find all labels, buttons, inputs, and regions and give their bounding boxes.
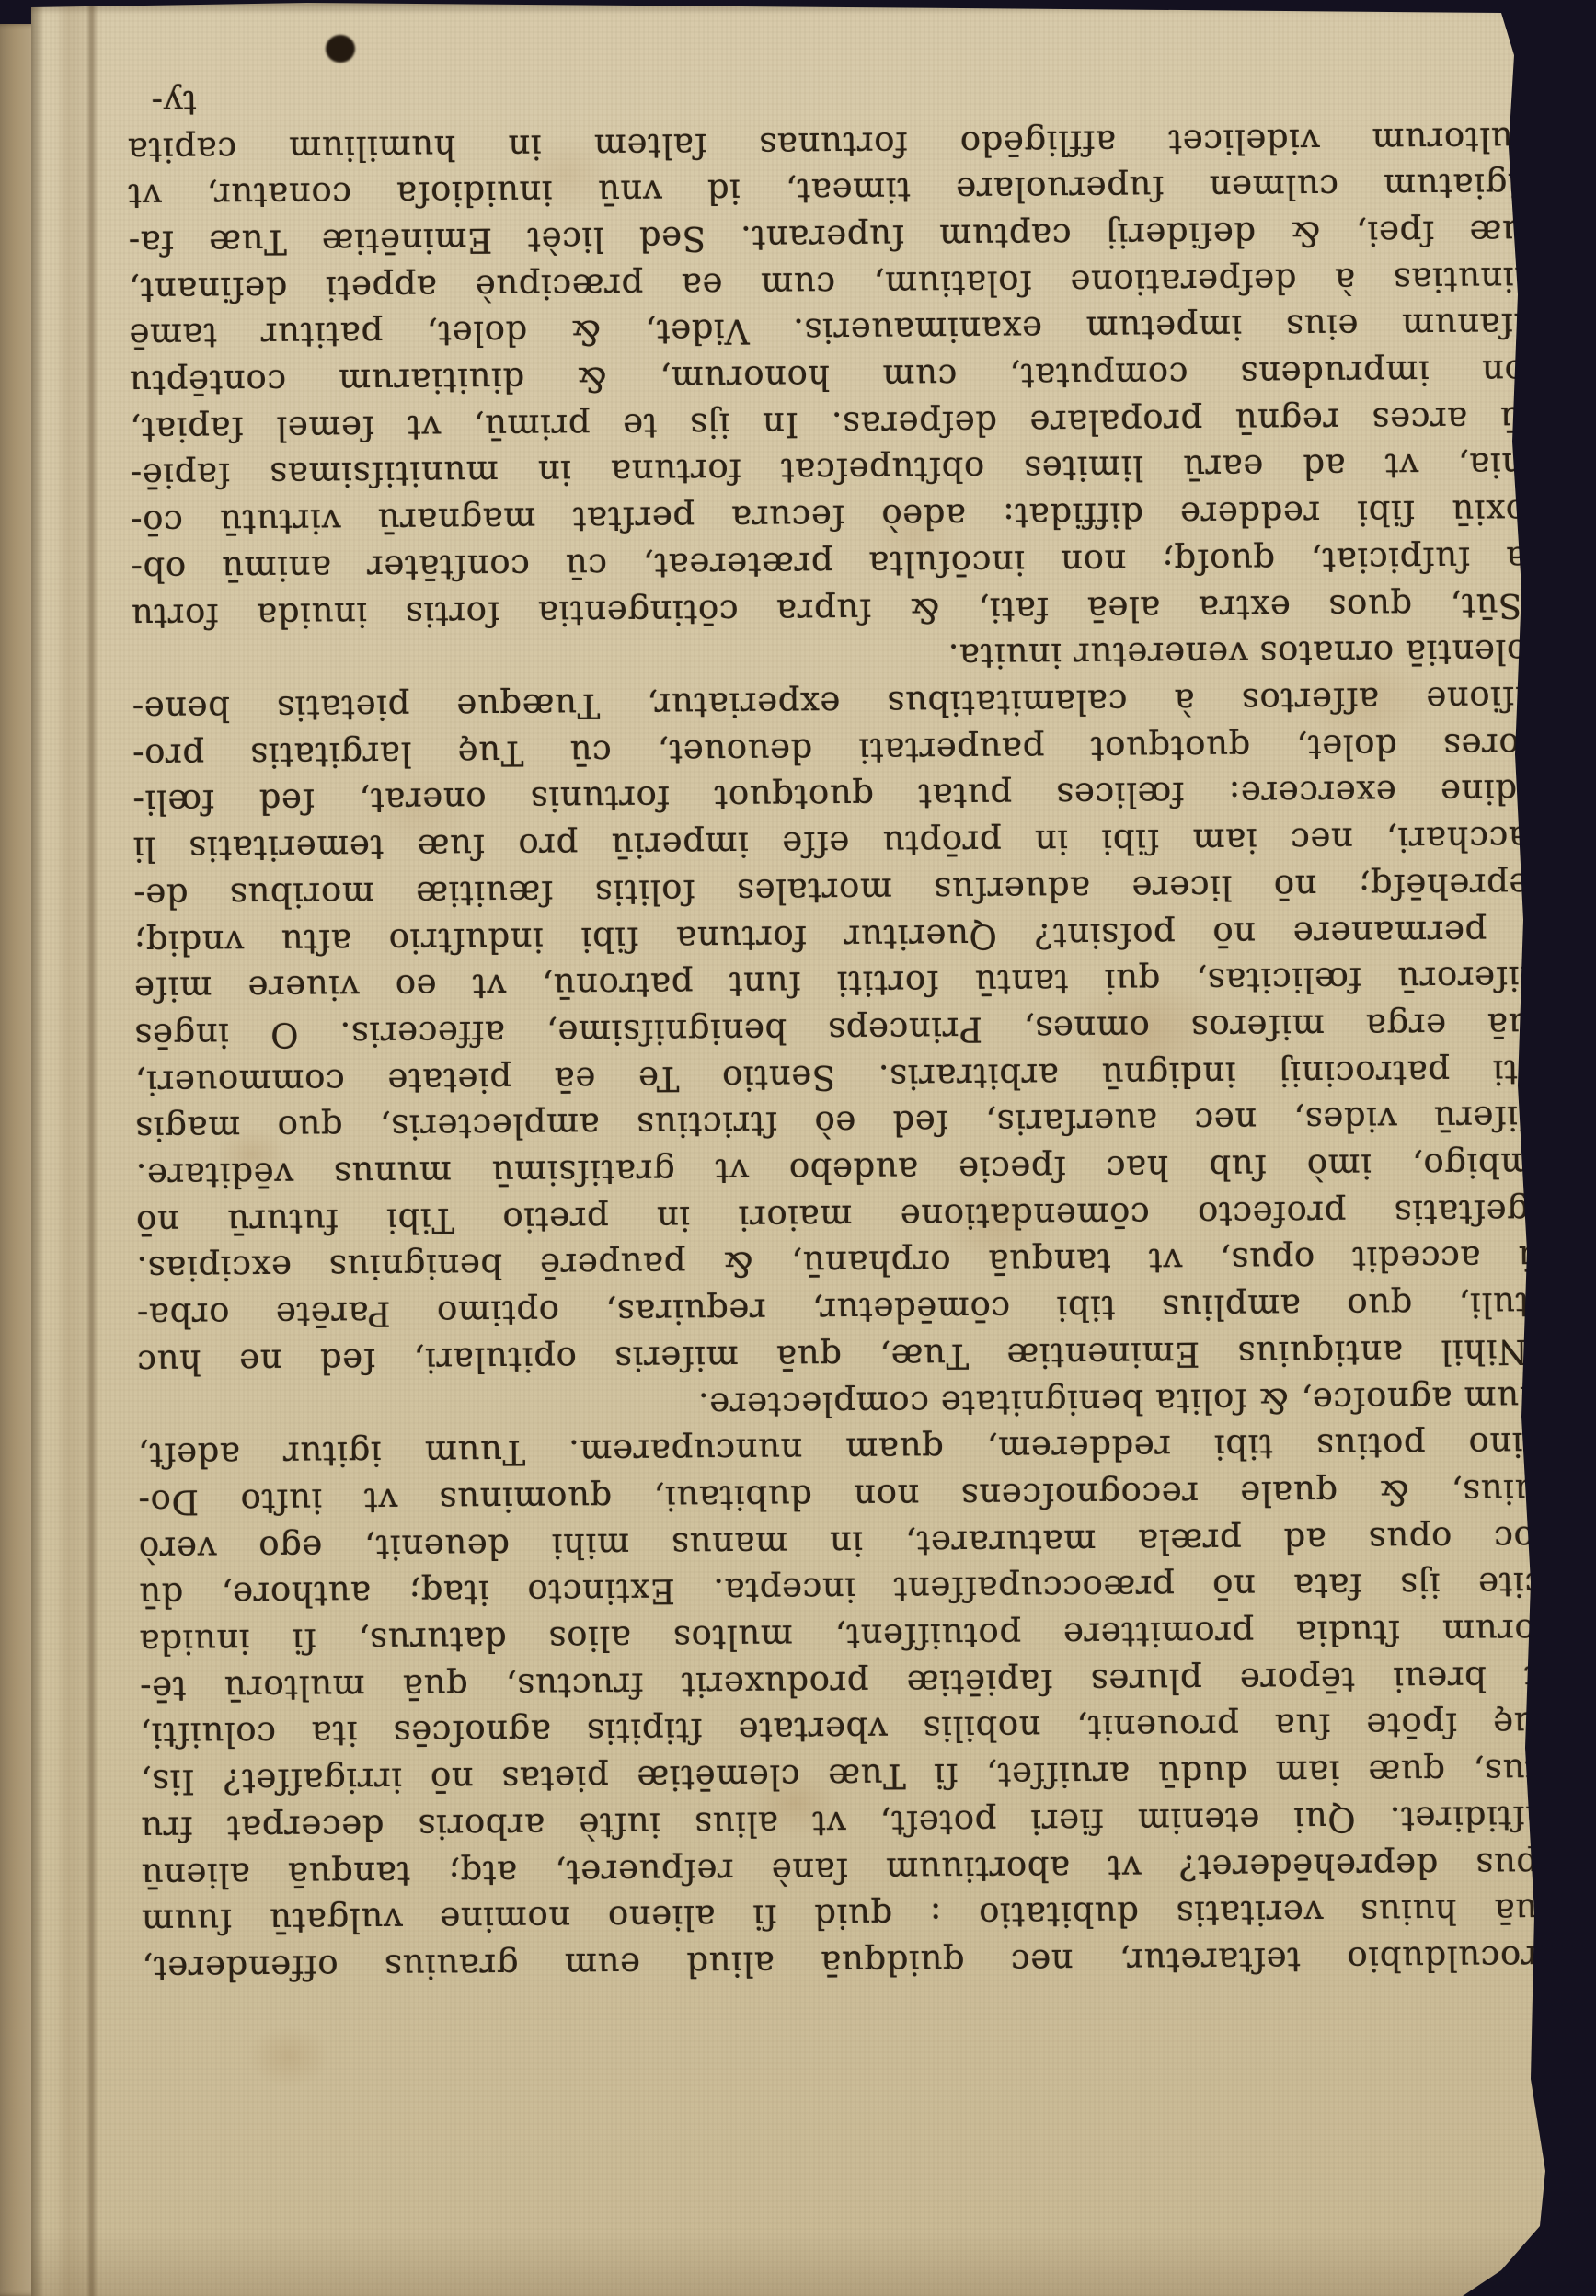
- ink-spot: [326, 35, 355, 63]
- scanned-book-page: proculdubio teſtaretur, nec quidquā aliu…: [0, 0, 1596, 2296]
- text-lines: proculdubio teſtaretur, nec quidquā aliu…: [127, 115, 1560, 1992]
- page-text-block: proculdubio teſtaretur, nec quidquā aliu…: [127, 68, 1560, 1992]
- catchword: ty-: [151, 83, 197, 122]
- page-paper: proculdubio teſtaretur, nec quidquā aliu…: [31, 0, 1596, 2296]
